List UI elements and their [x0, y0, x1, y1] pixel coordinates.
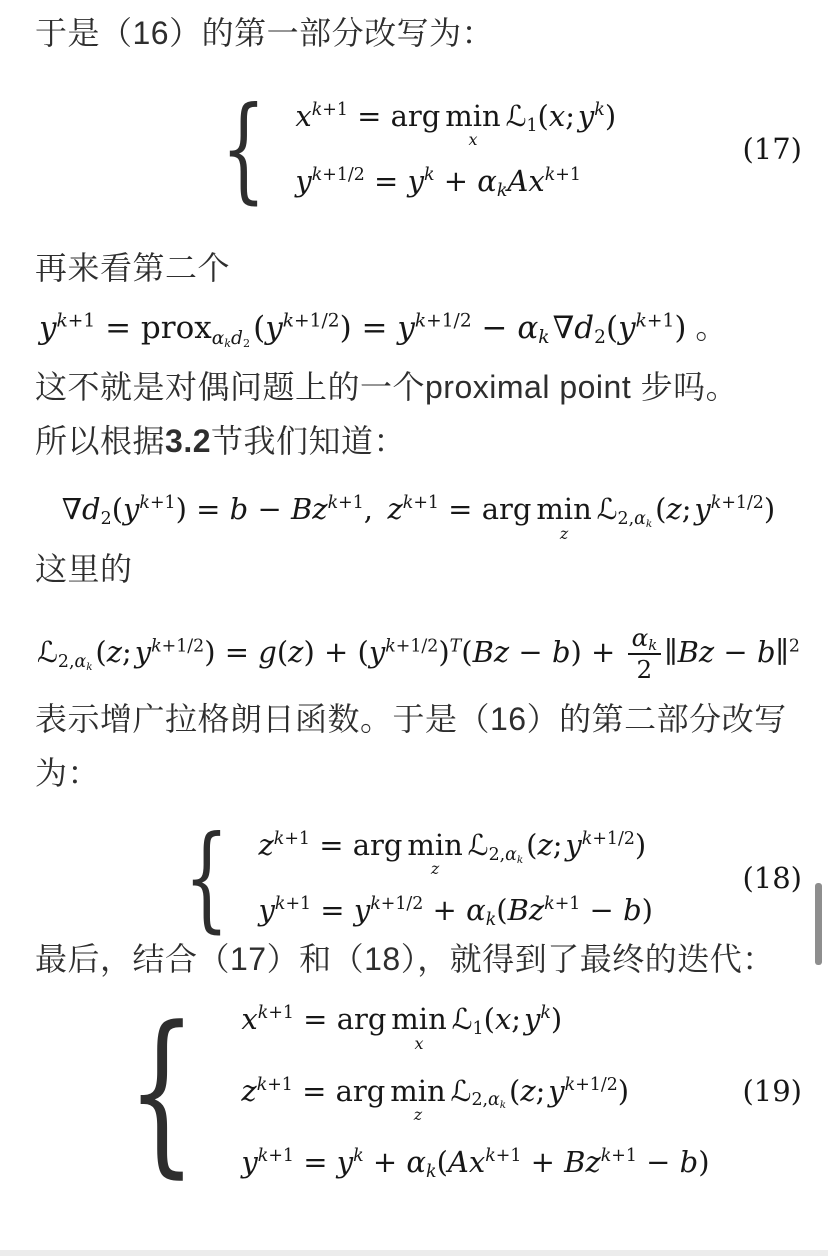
equation-gradient-d2-body: ∇d2(yk+1) = b − Bzk+1, zk+1 = arg minz ℒ…	[62, 492, 775, 541]
equation-18: { zk+1 = arg minz ℒ2,αk (z; yk+1/2) yk+1…	[35, 824, 802, 932]
equation-18-number: (18)	[742, 861, 802, 895]
equation-augmented-lagrangian-body: ℒ2,αk (z; yk+1/2) = g(z) + (yk+1/2)T(Bz …	[37, 624, 800, 684]
paragraph-second-step-intro: 再来看第二个	[35, 241, 802, 295]
equation-19: { xk+1 = arg minx ℒ1(x; yk) zk+1 = arg m…	[35, 1000, 802, 1182]
inline-formula-line: yk+1 = proxαkd2 (yk+1/2) = yk+1/2 − αk ∇…	[35, 295, 802, 360]
paragraph-second-part-rewrite: 表示增广拉格朗日函数。于是（16）的第二部分改写为：	[35, 692, 802, 800]
article-body: 于是（16）的第一部分改写为： { xk+1 = arg minx ℒ1(x; …	[0, 0, 828, 1182]
left-brace-icon: {	[221, 95, 266, 203]
paragraph-second-step: 再来看第二个 yk+1 = proxαkd2 (yk+1/2) = yk+1/2…	[35, 241, 802, 468]
equation-18-row-2: yk+1 = yk+1/2 + αk(Bzk+1 − b)	[259, 891, 653, 930]
equation-18-row-1: zk+1 = arg minz ℒ2,αk (z; yk+1/2)	[259, 826, 647, 877]
paragraph-final-iteration: 最后，结合（17）和（18），就得到了最终的迭代：	[35, 932, 802, 986]
equation-gradient-d2: ∇d2(yk+1) = b − Bzk+1, zk+1 = arg minz ℒ…	[35, 492, 802, 541]
equation-19-number: (19)	[742, 1074, 802, 1108]
equation-19-row-2: zk+1 = arg minz ℒ2,αk (z; yk+1/2)	[241, 1072, 629, 1123]
paragraph-here: 这里的	[35, 542, 802, 596]
formula-trailing-period: 。	[686, 309, 727, 345]
scrollbar-thumb[interactable]	[815, 883, 822, 965]
left-brace-icon: {	[127, 1008, 196, 1175]
bottom-edge-divider	[0, 1250, 828, 1256]
equation-augmented-lagrangian: ℒ2,αk (z; yk+1/2) = g(z) + (yk+1/2)T(Bz …	[35, 624, 802, 684]
equation-17: { xk+1 = arg minx ℒ1(x; yk) yk+1/2 = yk …	[35, 95, 802, 203]
inline-proximal-formula: yk+1 = proxαkd2 (yk+1/2) = yk+1/2 − αk ∇…	[39, 310, 686, 346]
left-brace-icon: {	[184, 824, 229, 932]
equation-19-row-3: yk+1 = yk + αk(Axk+1 + Bzk+1 − b)	[241, 1143, 709, 1182]
paragraph-proximal-point-remark: 这不就是对偶问题上的一个proximal point 步吗。	[35, 360, 802, 414]
equation-17-row-2: yk+1/2 = yk + αkAxk+1	[295, 162, 581, 201]
paragraph-section-3-2-reference: 所以根据3.2节我们知道：	[35, 414, 802, 468]
equation-19-row-1: xk+1 = arg minx ℒ1(x; yk)	[241, 1000, 562, 1051]
equation-17-number: (17)	[742, 132, 802, 166]
paragraph-intro-16-part1: 于是（16）的第一部分改写为：	[35, 6, 802, 60]
equation-17-row-1: xk+1 = arg minx ℒ1(x; yk)	[295, 97, 616, 148]
